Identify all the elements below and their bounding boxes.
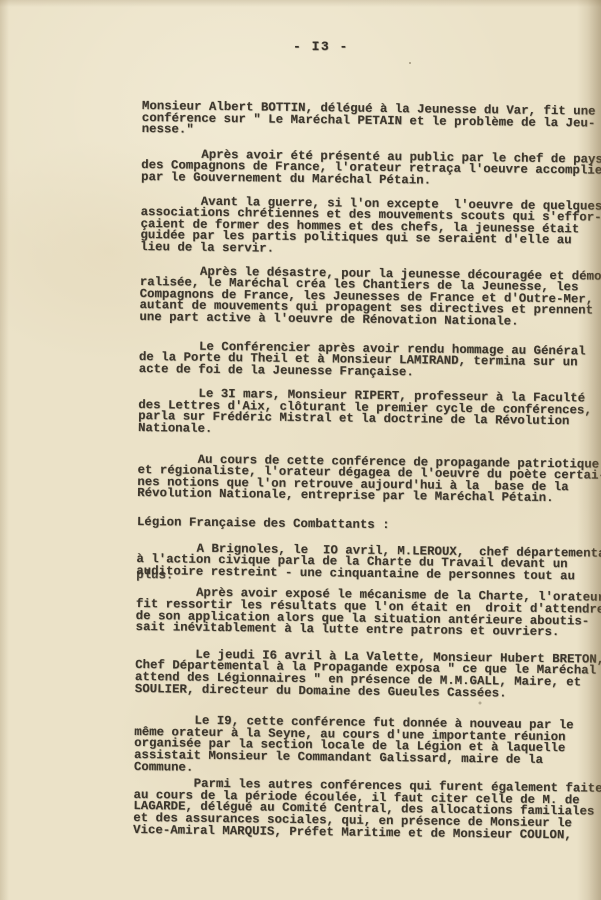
section-heading-legion: Légion Française des Combattants : <box>137 517 601 534</box>
typed-over-word: plus. <box>136 570 173 582</box>
paragraph-compagnons-presentation: Après avoir été présenté au public par l… <box>141 149 601 190</box>
paragraph-brignoles-wrap: A Brignoles, le IO avril, M.LEROUX, chef… <box>136 543 601 584</box>
paragraph-la-valette-breton: Le jeudi I6 avril à La Valette, Monsieur… <box>135 649 601 701</box>
paragraph-apres-le-desastre: Après le désastre, pour la jeunesse déco… <box>139 266 601 330</box>
scanned-typewritten-page: - I3 - Monsieur Albert BOTTIN, délégué à… <box>0 0 601 900</box>
left-page-edge-shadow <box>0 0 9 900</box>
paragraph-avant-la-guerre: Avant la guerre, si l'on excepte l'oeuvr… <box>140 196 601 260</box>
paragraph-hommage-general: Le Conférencier après avoir rendu hommag… <box>139 340 601 381</box>
paragraph-la-seyne-reunion: Le I9, cette conférence fut donnée à nou… <box>134 715 601 779</box>
paragraph-autres-conferences: Parmi les autres conférences qui furent … <box>133 778 601 842</box>
top-page-edge-shadow <box>0 0 601 7</box>
paragraph-ripert-conference: Le 3I mars, Monsieur RIPERT, professeur … <box>138 388 601 440</box>
paragraph-mecanisme-charte: Après avoir exposé le mécanisme de la Ch… <box>135 587 601 639</box>
text-block: Monsieur Albert BOTTIN, délégué à la Jeu… <box>133 101 601 842</box>
paper-speck <box>409 62 411 64</box>
paragraph-bottin-conference: Monsieur Albert BOTTIN, délégué à la Jeu… <box>142 101 601 142</box>
page-number: - I3 - <box>293 39 349 54</box>
paragraph-brignoles-leroux: A Brignoles, le IO avril, M.LEROUX, chef… <box>136 543 601 584</box>
paragraph-propagande-regionaliste: Au cours de cette conférence de propagan… <box>137 454 601 506</box>
